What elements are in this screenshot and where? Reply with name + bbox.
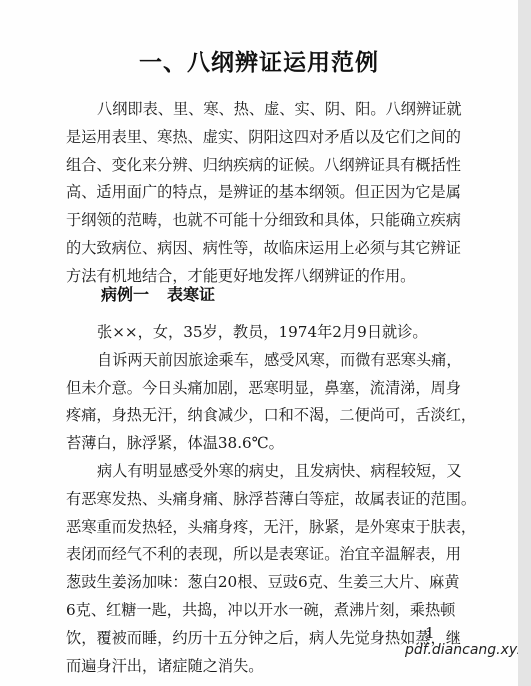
text-line: 八纲即表、里、寒、热、虚、实、阴、阳。八纲辨证就 (66, 96, 456, 124)
text-line: 有恶寒发热、头痛身痛、脉浮苔薄白等症，故属表证的范围。 (66, 486, 456, 514)
text-line: 表闭而经气不利的表现，所以是表寒证。治宜辛温解表，用 (66, 541, 456, 569)
text-line: 恶寒重而发热轻，头痛身疼，无汗，脉紧，是外寒束于肤表， (66, 514, 456, 542)
text-line: 饮，覆被而睡，约历十五分钟之后，病人先觉身热如蒸，继 (66, 625, 456, 653)
text-line: 是运用表里、寒热、虚实、阴阳这四对矛盾以及它们之间的 (66, 124, 456, 152)
text-line: 自诉两天前因旅途乘车，感受风寒，而微有恶寒头痛， (66, 347, 456, 375)
text-line: 但未介意。今日头痛加剧，恶寒明显，鼻塞，流清涕，周身 (66, 375, 456, 403)
case-label: 病例一 (101, 285, 149, 304)
case-name: 表寒证 (167, 285, 215, 304)
text-line: 张××，女，35岁，教员，1974年2月9日就诊。 (66, 319, 456, 347)
text-line: 组合、变化来分辨、归纳疾病的证候。八纲辨证具有概括性 (66, 152, 456, 180)
page-title: 一、八纲辨证运用范例 (0, 44, 518, 77)
text-line: 而遍身汗出，诸症随之消失。 (66, 653, 456, 681)
text-line: 高、适用面广的特点，是辨证的基本纲领。但正因为它是属 (66, 179, 456, 207)
document-page: 一、八纲辨证运用范例 八纲即表、里、寒、热、虚、实、阴、阳。八纲辨证就 是运用表… (0, 0, 518, 686)
case-body: 张××，女，35岁，教员，1974年2月9日就诊。 自诉两天前因旅途乘车，感受风… (66, 319, 456, 680)
case-heading: 病例一表寒证 (101, 282, 215, 305)
text-line: 苔薄白，脉浮紧，体温38.6℃。 (66, 430, 456, 458)
text-line: 病人有明显感受外寒的病史，且发病快、病程较短，又 (66, 458, 456, 486)
page-edge-scrollbar[interactable] (518, 0, 531, 686)
text-line: 疼痛，身热无汗，纳食减少，口和不渴，二便尚可，舌淡红， (66, 402, 456, 430)
text-line: 葱豉生姜汤加味：葱白20根、豆豉6克、生姜三大片、麻黄 (66, 569, 456, 597)
watermark: pdf.diancang.xyz (405, 642, 525, 658)
intro-paragraph: 八纲即表、里、寒、热、虚、实、阴、阳。八纲辨证就 是运用表里、寒热、虚实、阴阳这… (66, 96, 456, 291)
text-line: 的大致病位、病因、病性等，故临床运用上必须与其它辨证 (66, 235, 456, 263)
page-number: 1 (425, 624, 435, 642)
text-line: 6克、红糖一匙，共捣，冲以开水一碗，煮沸片刻，乘热顿 (66, 597, 456, 625)
text-line: 于纲领的范畴，也就不可能十分细致和具体，只能确立疾病 (66, 207, 456, 235)
